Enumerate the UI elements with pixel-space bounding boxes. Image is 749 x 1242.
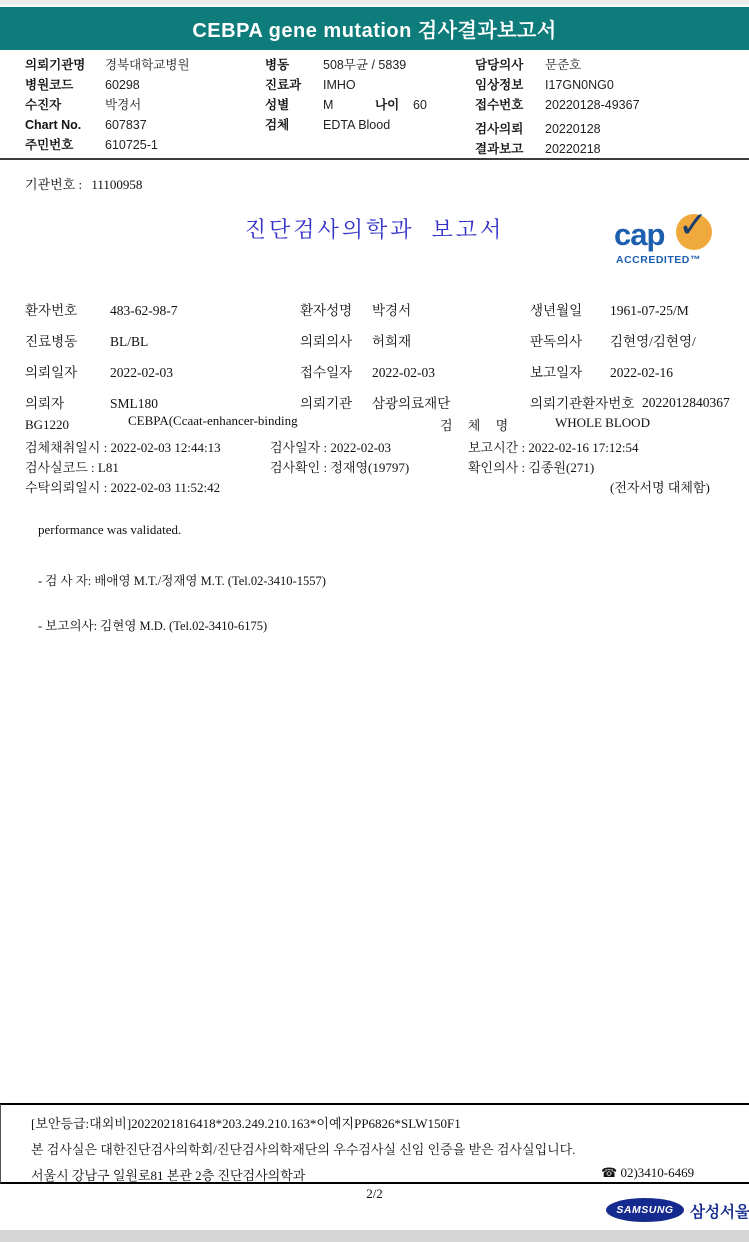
patient-field: 접수일자 2022-02-03 [300,362,530,384]
info-row: 진료과 IMHO [265,75,475,95]
field-label: 검체 [265,115,323,135]
samsung-logo-text: SAMSUNG [616,1204,673,1216]
field-label: 성별 [265,95,323,115]
field-value: 607837 [105,115,147,135]
patient-field: 환자번호 483-62-98-7 [25,300,300,322]
field-value: 2022-02-03 [372,362,435,384]
field-label: 보고일자 [530,362,610,384]
field-value: 20220128 [545,119,601,139]
confirming-doctor: 확인의사 : 김종원(271) [468,457,594,476]
report-header-bar: CEBPA gene mutation 검사결과보고서 [0,7,749,50]
test-name: CEBPA(Ccaat-enhancer-binding [128,413,298,429]
field-value: 2022-02-03 12:44:13 [110,440,220,455]
info-row: 수진자 박경서 [25,95,265,115]
field-value: BL/BL [110,331,148,353]
info-row: 접수번호 20220128-49367 [475,95,749,115]
field-value: 483-62-98-7 [110,300,178,322]
hospital-name: 삼성서울병원 [690,1200,749,1222]
lab-report-page: CEBPA gene mutation 검사결과보고서 의뢰기관명 경북대학교병… [0,0,749,1242]
field-label: 환자번호 [25,300,110,322]
esign-note: (전자서명 대체함) [610,477,710,496]
info-row: 병원코드 60298 [25,75,265,95]
field-value: 2022-02-16 17:12:54 [528,440,638,455]
checkmark-icon: ✓ [678,208,708,244]
field-value: 김현영/김현영/ [610,331,696,353]
info-column-middle: 병동 508무균 / 5839 진료과 IMHO 성별 M 나이 60 검체 E… [265,55,475,135]
field-value: 정재영(19797) [330,460,409,475]
patient-field: 판독의사 김현영/김현영/ [530,331,735,353]
request-datetime: 수탁의뢰일시 : 2022-02-03 11:52:42 [25,477,220,496]
patient-info-table: 환자번호 483-62-98-7 환자성명 박경서 생년월일 1961-07-2… [25,300,735,424]
field-label: 판독의사 [530,331,610,353]
field-label: 의뢰기관명 [25,55,105,75]
patient-field: 생년월일 1961-07-25/M [530,300,735,322]
field-label: 결과보고 [475,139,545,159]
info-row: 병동 508무균 / 5839 [265,55,475,75]
field-label: 의뢰일자 [25,362,110,384]
field-label: 담당의사 [475,55,545,75]
report-title: CEBPA gene mutation 검사결과보고서 [192,14,556,43]
patient-row: 진료병동 BL/BL 의뢰의사 허희재 판독의사 김현영/김현영/ [25,331,735,353]
top-strip [0,0,749,5]
field-label: Chart No. [25,115,105,135]
cap-accredited-logo: ✓ cap ACCREDITED™ [614,218,734,274]
field-label: 진료병동 [25,331,110,353]
field-label: 접수일자 [300,362,372,384]
field-label: 확인의사 : [468,460,525,475]
field-label: 환자성명 [300,300,372,322]
field-value: L81 [98,460,119,475]
field-label: 병동 [265,55,323,75]
info-column-right: 담당의사 문준호 임상정보 I17GN0NG0 접수번호 20220128-49… [475,55,749,159]
patient-field: 진료병동 BL/BL [25,331,300,353]
test-date: 검사일자 : 2022-02-03 [270,437,391,456]
specimen-value: WHOLE BLOOD [555,415,650,431]
test-code: BG1220 [25,417,69,433]
field-value: 김종원(271) [528,460,594,475]
field-label: 검사실코드 : [25,460,95,475]
field-label: 병원코드 [25,75,105,95]
org-number-line: 기관번호 : 11100958 [25,174,142,193]
field-label: 생년월일 [530,300,610,322]
field-label: 검사의뢰 [475,119,545,139]
info-row: 결과보고 20220218 [475,139,749,159]
info-column-left: 의뢰기관명 경북대학교병원 병원코드 60298 수진자 박경서 Chart N… [25,55,265,155]
patient-row: 의뢰일자 2022-02-03 접수일자 2022-02-03 보고일자 202… [25,362,735,384]
info-row: 담당의사 문준호 [475,55,749,75]
info-row: 주민번호 610725-1 [25,135,265,155]
field-label: 주민번호 [25,135,105,155]
security-line: [보안등급:대외비]2022021816418*203.249.210.163*… [31,1113,461,1132]
field-label: 의뢰의사 [300,331,372,353]
field-value: 508무균 / 5839 [323,55,406,75]
field-value: 2022-02-03 [110,362,173,384]
patient-row: 환자번호 483-62-98-7 환자성명 박경서 생년월일 1961-07-2… [25,300,735,322]
address-line: 서울시 강남구 일원로81 본관 2층 진단검사의학과 [31,1165,305,1184]
field-label: 임상정보 [475,75,545,95]
reporting-doctor-line: - 보고의사: 김현영 M.D. (Tel.02-3410-6175) [38,619,326,634]
bottom-bar [0,1230,749,1242]
field-label: 접수번호 [475,95,545,115]
field-value: 20220128-49367 [545,95,640,115]
patient-field: 환자성명 박경서 [300,300,530,322]
field-label: 수진자 [25,95,105,115]
horizontal-divider [0,158,749,160]
field-value: 2022-02-16 [610,362,673,384]
samsung-logo: SAMSUNG [606,1198,684,1222]
field-label: 보고시간 : [468,440,525,455]
org-number-label: 기관번호 : [25,177,82,192]
org-number-value: 11100958 [91,177,142,192]
field-label: 수탁의뢰일시 : [25,480,107,495]
field-value: I17GN0NG0 [545,75,614,95]
field-value: 허희재 [372,331,411,353]
field-value: 문준호 [545,55,581,75]
field-value: 60298 [105,75,140,95]
field-value: 2022-02-03 11:52:42 [110,480,220,495]
examiner-line: - 검 사 자: 배애영 M.T./정재영 M.T. (Tel.02-3410-… [38,574,326,589]
patient-field: 의뢰일자 2022-02-03 [25,362,300,384]
collect-datetime: 검체채취일시 : 2022-02-03 12:44:13 [25,437,221,456]
info-row: 검사의뢰 20220128 [475,119,749,139]
field-value: 박경서 [372,300,411,322]
field-label: 나이 [375,95,413,115]
report-time: 보고시간 : 2022-02-16 17:12:54 [468,437,639,456]
hospital-brand: SAMSUNG 삼성서울병원 [606,1194,746,1226]
test-verifier: 검사확인 : 정재영(19797) [270,457,409,476]
field-value: EDTA Blood [323,115,390,135]
lab-code: 검사실코드 : L81 [25,457,119,476]
result-note: performance was validated. [38,522,181,538]
footer-box: [보안등급:대외비]2022021816418*203.249.210.163*… [0,1103,749,1184]
field-value: 60 [413,95,427,115]
field-label: 검사일자 : [270,440,327,455]
field-value: IMHO [323,75,356,95]
field-value: 경북대학교병원 [105,55,190,75]
field-value: 1961-07-25/M [610,300,689,322]
info-row: 검체 EDTA Blood [265,115,475,135]
info-row: Chart No. 607837 [25,115,265,135]
info-row: 임상정보 I17GN0NG0 [475,75,749,95]
field-label: 검체채취일시 : [25,440,107,455]
patient-field: 보고일자 2022-02-16 [530,362,735,384]
patient-field: 의뢰의사 허희재 [300,331,530,353]
cap-logo-text: cap [614,220,664,250]
field-label: 검사확인 : [270,460,327,475]
accreditation-line: 본 검사실은 대한진단검사의학회/진단검사의학재단의 우수검사실 신임 인증을 … [31,1139,576,1158]
test-detail-block: BG1220 CEBPA(Ccaat-enhancer-binding 검 체 … [0,412,749,492]
staff-lines: - 검 사 자: 배애영 M.T./정재영 M.T. (Tel.02-3410-… [38,544,326,664]
info-row: 의뢰기관명 경북대학교병원 [25,55,265,75]
field-label: 진료과 [265,75,323,95]
field-value: 610725-1 [105,135,158,155]
field-value: 20220218 [545,139,601,159]
field-value: M [323,95,375,115]
info-row: 성별 M 나이 60 [265,95,475,115]
specimen-label: 검 체 명 [440,415,514,434]
field-value: 2022-02-03 [330,440,391,455]
field-value: 박경서 [105,95,141,115]
cap-accredited-text: ACCREDITED™ [616,254,701,266]
phone-number: ☎ 02)3410-6469 [601,1165,694,1181]
